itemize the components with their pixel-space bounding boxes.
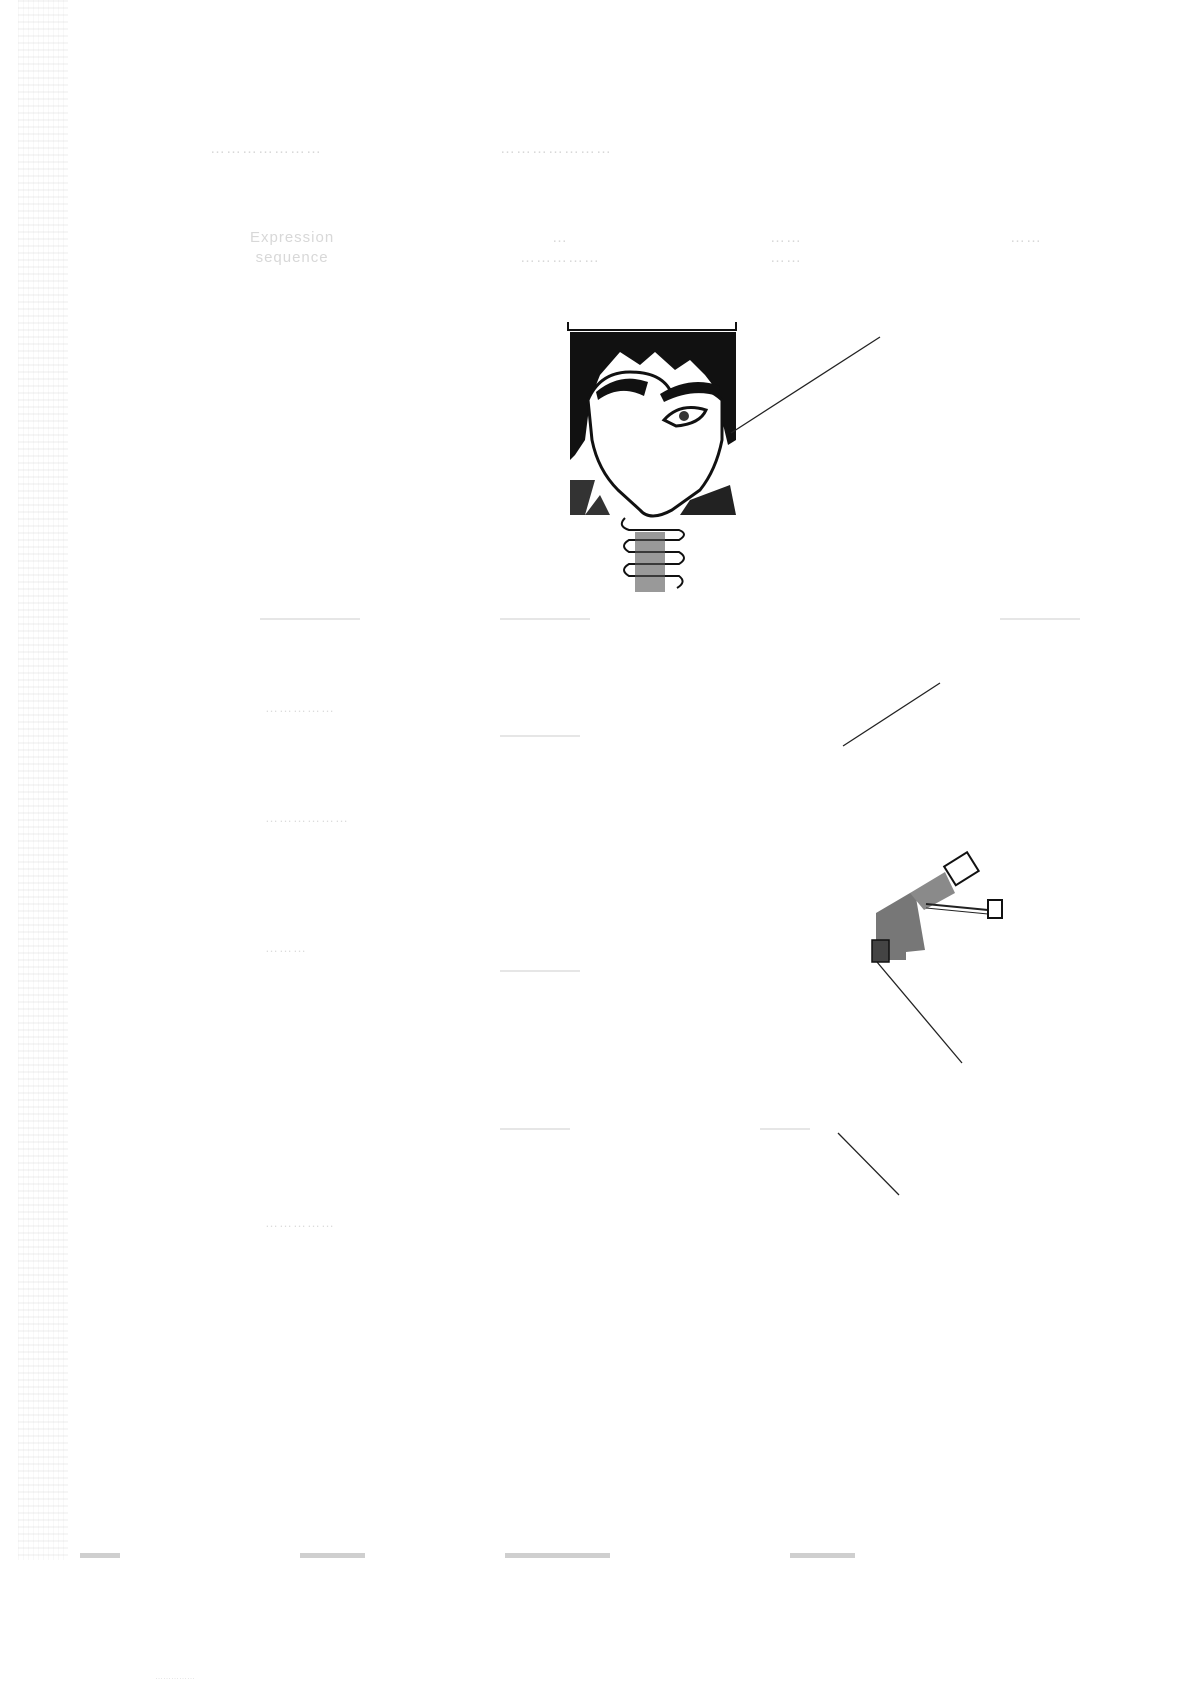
portrait-illustration [568, 322, 736, 592]
mechanical-device-illustration [872, 852, 1002, 962]
page-footer: …………… [155, 1672, 195, 1681]
figure-layer [0, 0, 1191, 1682]
callout-lines [731, 337, 962, 1195]
